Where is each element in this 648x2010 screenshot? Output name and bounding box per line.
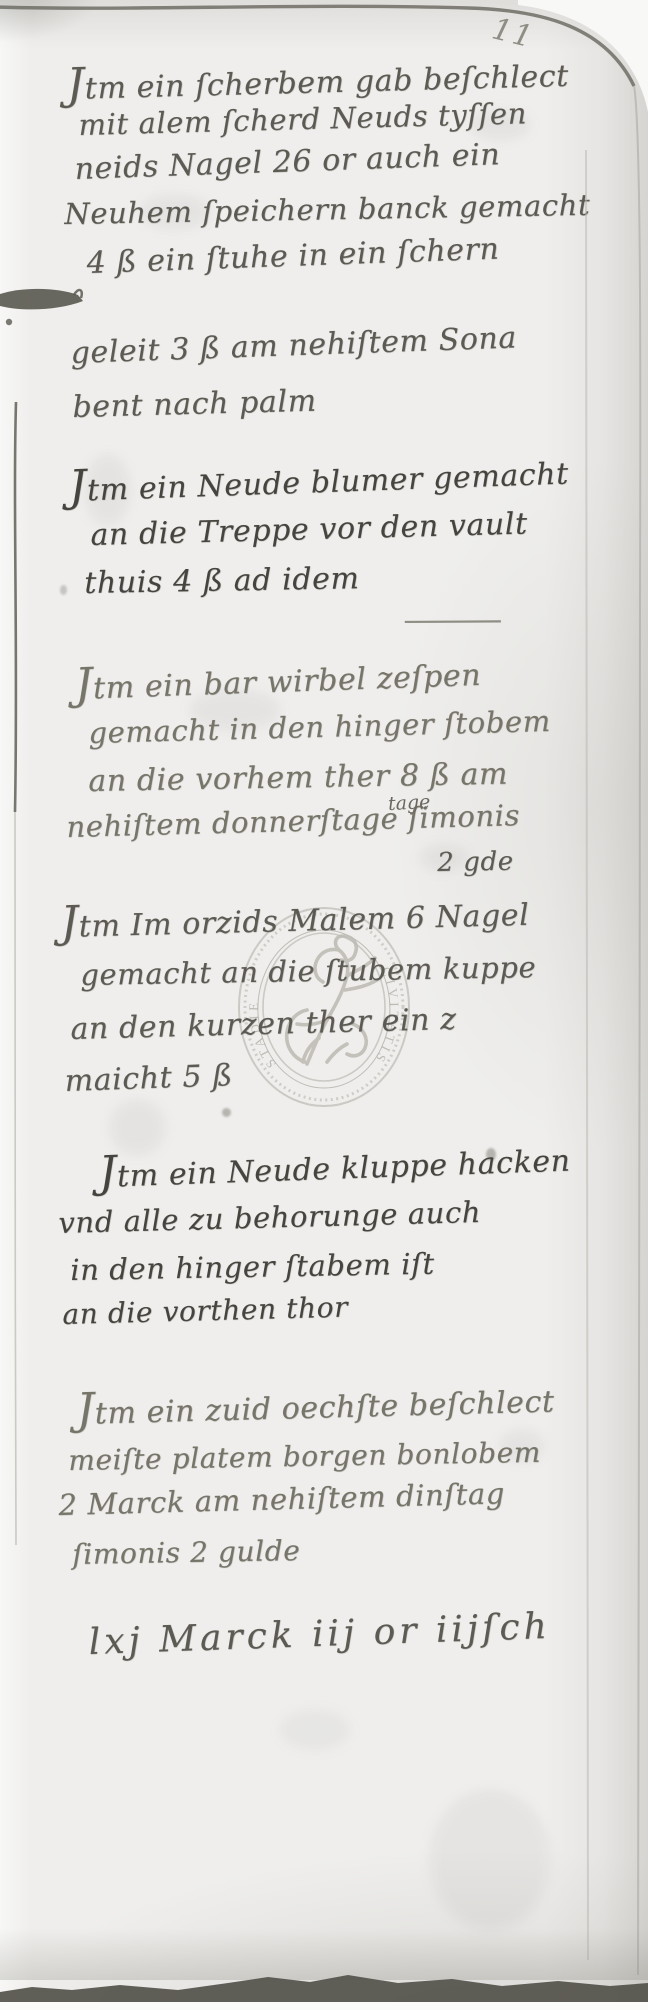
binding-crease <box>15 402 16 812</box>
manuscript-line: an die Treppe vor den vault <box>90 507 528 553</box>
binding-crease-faint <box>15 812 16 1545</box>
manuscript-line: an die vorthen thor <box>62 1291 349 1331</box>
summa-line: lxj Marck iij or iijſch <box>88 1606 551 1663</box>
manuscript-line: Jtm ein bar wirbel zeſpen <box>74 646 482 710</box>
superscript-correction: tage <box>387 791 430 815</box>
manuscript-line: neids Nagel 26 or auch ein <box>74 137 501 187</box>
ink-speck <box>222 1108 231 1117</box>
manuscript-line: thuis 4 ß ad idem <box>84 561 360 601</box>
ink-blot-hook <box>74 290 82 298</box>
manuscript-line: 2 Marck am nehiſtem dinſtag <box>58 1476 505 1522</box>
manuscript-line: ſimonis 2 gulde <box>72 1534 301 1571</box>
below-page-background <box>0 2002 648 2010</box>
paper-smudge <box>280 1710 350 1750</box>
manuscript-line: an die vorhem ther 8 ß am <box>88 757 508 799</box>
manuscript-line: Jtm ein zuid oechſte beſchlect <box>76 1372 555 1434</box>
paper-smudge <box>430 1790 550 1930</box>
manuscript-line: meiſte platem borgen bonlobem <box>68 1436 541 1477</box>
page-shadow-line <box>586 150 588 1960</box>
manuscript-line: in den hinger ſtabem iſt <box>70 1247 435 1287</box>
torn-bottom-edge <box>0 1975 648 2004</box>
manuscript-line: Neuhem ſpeichern banck gemacht <box>64 188 591 231</box>
manuscript-line: Jtm Im orzids Malem 6 Nagel <box>60 886 530 948</box>
page-edge-right <box>634 86 640 1975</box>
manuscript-line: gemacht in den hinger ſtobem <box>88 704 551 750</box>
bottom-shadow <box>0 1928 648 1980</box>
amount-line: 2 gde <box>437 847 514 878</box>
manuscript-line: bent nach palm <box>72 384 317 425</box>
ink-dot <box>6 319 12 325</box>
manuscript-line: gemacht an die ſtubem kuppe <box>80 950 536 992</box>
manuscript-line: maicht 5 ß <box>64 1058 233 1099</box>
ink-blot <box>0 289 83 310</box>
manuscript-line: Jtm ein Neude kluppe hacken <box>98 1132 571 1198</box>
pen-dash: — <box>399 599 507 640</box>
manuscript-line: nehiſtem donnerſtage ſimonis <box>66 798 520 844</box>
manuscript-line: geleit 3 ß am nehiſtem Sona <box>70 320 517 371</box>
manuscript-line: Jtm ein Neude blumer gemacht <box>68 445 569 512</box>
manuscript-line: vnd alle zu behorunge auch <box>58 1195 481 1240</box>
manuscript-line: 4 ß ein ſtuhe in ein ſchern <box>86 232 500 281</box>
manuscript-page: CIVITATIS STADIE 11 Jtm ein ſcherbem gab… <box>0 0 648 2010</box>
ink-speck <box>60 585 67 595</box>
